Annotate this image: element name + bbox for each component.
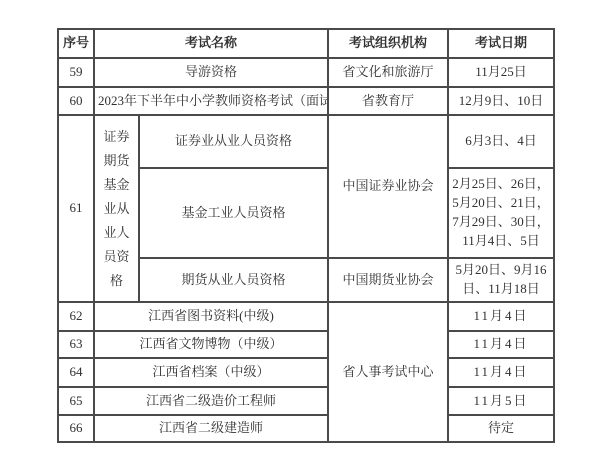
exam-date-cell: 6月3日、4日: [448, 115, 554, 168]
category-cell: 证券期货基金业从业人员资格: [94, 115, 139, 302]
exam-name-cell: 基金工业人员资格: [139, 168, 328, 258]
exam-date-cell: 待定: [448, 415, 554, 442]
header-exam-name: 考试名称: [94, 29, 328, 58]
exam-date-cell: 11月25日: [448, 58, 554, 87]
exam-date-cell: 5月20日、9月16日、11月18日: [448, 258, 554, 302]
exam-name-cell: 江西省二级建造师: [94, 415, 328, 442]
exam-name-cell: 2023年下半年中小学教师资格考试（面试）: [94, 87, 328, 115]
exam-name-cell: 江西省文物博物（中级）: [94, 331, 328, 358]
organizer-cell: 省教育厅: [328, 87, 448, 115]
exam-date-cell: 11月4日: [448, 358, 554, 387]
organizer-cell: 省人事考试中心: [328, 302, 448, 442]
exam-name-cell: 江西省二级造价工程师: [94, 387, 328, 415]
table-row-65: 65 江西省二级造价工程师 11月5日: [58, 387, 554, 415]
exam-date-cell: 11月4日: [448, 331, 554, 358]
table-row-60: 60 2023年下半年中小学教师资格考试（面试） 省教育厅 12月9日、10日: [58, 87, 554, 115]
header-serial: 序号: [58, 29, 94, 58]
table-row-61-securities: 61 证券期货基金业从业人员资格 证券业从业人员资格 中国证券业协会 6月3日、…: [58, 115, 554, 168]
exam-name-cell: 证券业从业人员资格: [139, 115, 328, 168]
exam-name-cell: 江西省图书资料(中级): [94, 302, 328, 331]
organizer-cell: 中国证券业协会: [328, 115, 448, 258]
exam-date-cell: 11月4日: [448, 302, 554, 331]
organizer-cell: 中国期货业协会: [328, 258, 448, 302]
exam-name-cell: 江西省档案（中级）: [94, 358, 328, 387]
serial-cell: 66: [58, 415, 94, 442]
exam-date-cell: 12月9日、10日: [448, 87, 554, 115]
page: 序号 考试名称 考试组织机构 考试日期 59 导游资格 省文化和旅游厅 11月2…: [0, 0, 600, 455]
table-row-59: 59 导游资格 省文化和旅游厅 11月25日: [58, 58, 554, 87]
header-row: 序号 考试名称 考试组织机构 考试日期: [58, 29, 554, 58]
serial-cell: 63: [58, 331, 94, 358]
serial-cell: 61: [58, 115, 94, 302]
serial-cell: 62: [58, 302, 94, 331]
serial-cell: 65: [58, 387, 94, 415]
exam-date-cell: 2月25日、26日，5月20日、21日，7月29日、30日，11月4日、5日: [448, 168, 554, 258]
header-exam-date: 考试日期: [448, 29, 554, 58]
exam-date-cell: 11月5日: [448, 387, 554, 415]
table-row-62: 62 江西省图书资料(中级) 省人事考试中心 11月4日: [58, 302, 554, 331]
exam-name-cell: 导游资格: [94, 58, 328, 87]
table-row-63: 63 江西省文物博物（中级） 11月4日: [58, 331, 554, 358]
table-row-64: 64 江西省档案（中级） 11月4日: [58, 358, 554, 387]
exam-schedule-table: 序号 考试名称 考试组织机构 考试日期 59 导游资格 省文化和旅游厅 11月2…: [57, 28, 555, 443]
organizer-cell: 省文化和旅游厅: [328, 58, 448, 87]
serial-cell: 59: [58, 58, 94, 87]
category-vertical-text: 证券期货基金业从业人员资格: [103, 125, 131, 293]
serial-cell: 64: [58, 358, 94, 387]
exam-name-cell: 期货从业人员资格: [139, 258, 328, 302]
serial-cell: 60: [58, 87, 94, 115]
header-organizer: 考试组织机构: [328, 29, 448, 58]
table-row-66: 66 江西省二级建造师 待定: [58, 415, 554, 442]
